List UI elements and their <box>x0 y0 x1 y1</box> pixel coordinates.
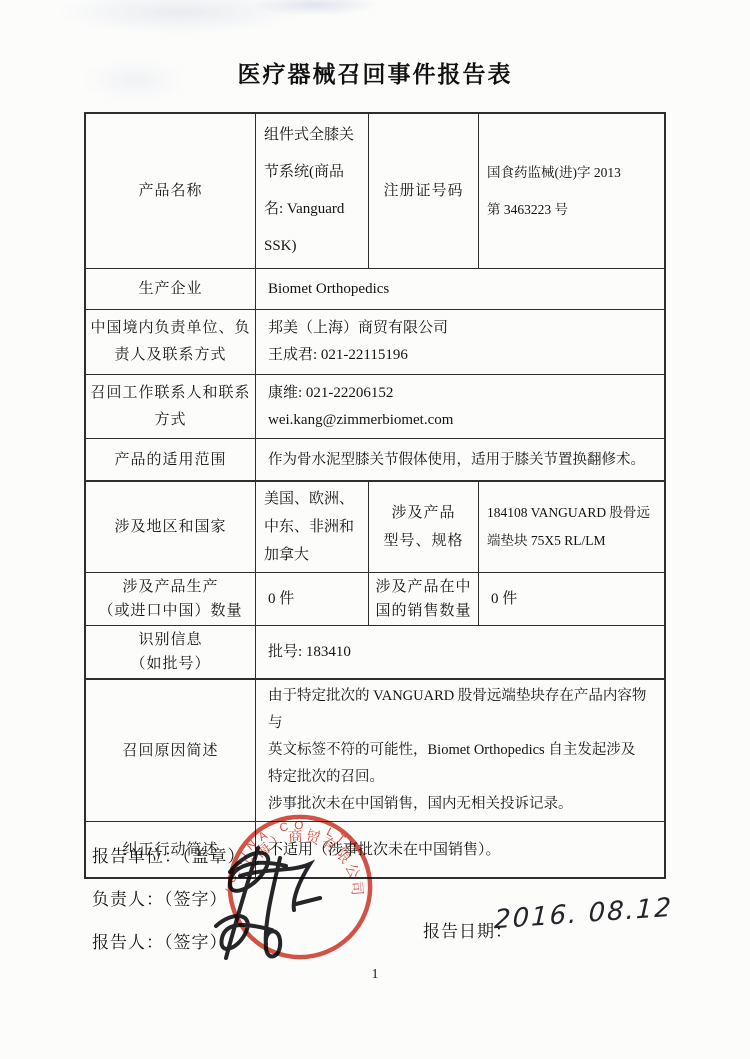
table-row-regions: 涉及地区和国家 美国、欧洲、 中东、非洲和 加拿大 涉及产品 型号、规格 184… <box>86 480 664 572</box>
model-spec-value: 184108 VANGUARD 股骨远 端垫块 75X5 RL/LM <box>478 482 664 572</box>
manufacturer-label: 生产企业 <box>86 269 255 309</box>
table-row-china-agent: 中国境内负责单位、负 责人及联系方式 邦美（上海）商贸有限公司 王成君: 021… <box>86 309 664 374</box>
production-quantity-label: 涉及产品生产 （或进口中国）数量 <box>86 573 255 625</box>
table-row-identification: 识别信息 （如批号） 批号: 183410 <box>86 625 664 678</box>
scan-smudge <box>55 0 305 35</box>
product-name-label: 产品名称 <box>86 114 255 268</box>
production-quantity-value: 0 件 <box>255 573 368 625</box>
scanned-report-page: 医疗器械召回事件报告表 产品名称 组件式全膝关 节系统(商品 名: Vangua… <box>0 0 750 1059</box>
recall-contact-label: 召回工作联系人和联系 方式 <box>86 375 255 438</box>
page-number: 1 <box>0 967 750 983</box>
manufacturer-value: Biomet Orthopedics <box>255 269 664 309</box>
product-name-value: 组件式全膝关 节系统(商品 名: Vanguard SSK) <box>255 114 368 268</box>
report-table: 产品名称 组件式全膝关 节系统(商品 名: Vanguard SSK) 注册证号… <box>84 112 666 879</box>
scan-smudge <box>250 0 380 16</box>
intended-use-label: 产品的适用范围 <box>86 439 255 480</box>
registration-number-value: 国食药监械(进)字 2013 第 3463223 号 <box>478 114 664 268</box>
page-title: 医疗器械召回事件报告表 <box>0 56 750 89</box>
china-agent-value: 邦美（上海）商贸有限公司 王成君: 021-22115196 <box>255 310 664 374</box>
identification-value: 批号: 183410 <box>255 626 664 678</box>
table-row-manufacturer: 生产企业 Biomet Orthopedics <box>86 268 664 309</box>
table-row-recall-contact: 召回工作联系人和联系 方式 康维: 021-22206152 wei.kang@… <box>86 374 664 438</box>
intended-use-value: 作为骨水泥型膝关节假体使用，适用于膝关节置换翻修术。 <box>255 439 664 480</box>
registration-number-label: 注册证号码 <box>368 114 478 268</box>
regions-label: 涉及地区和国家 <box>86 482 255 572</box>
recall-reason-label: 召回原因简述 <box>86 680 255 821</box>
table-row-recall-reason: 召回原因简述 由于特定批次的 VANGUARD 股骨远端垫块存在产品内容物与 英… <box>86 678 664 821</box>
china-agent-label: 中国境内负责单位、负 责人及联系方式 <box>86 310 255 374</box>
model-spec-label: 涉及产品 型号、规格 <box>368 482 478 572</box>
identification-label: 识别信息 （如批号） <box>86 626 255 678</box>
table-row-quantities: 涉及产品生产 （或进口中国）数量 0 件 涉及产品在中 国的销售数量 0 件 <box>86 572 664 625</box>
recall-contact-value: 康维: 021-22206152 wei.kang@zimmerbiomet.c… <box>255 375 664 438</box>
signature-scrawl <box>200 840 352 968</box>
handwritten-report-date: 2016. 08.12 <box>494 893 674 936</box>
recall-reason-value: 由于特定批次的 VANGUARD 股骨远端垫块存在产品内容物与 英文标签不符的可… <box>255 680 664 821</box>
china-sales-quantity-value: 0 件 <box>478 573 664 625</box>
regions-value: 美国、欧洲、 中东、非洲和 加拿大 <box>255 482 368 572</box>
table-row-intended-use: 产品的适用范围 作为骨水泥型膝关节假体使用，适用于膝关节置换翻修术。 <box>86 438 664 480</box>
china-sales-quantity-label: 涉及产品在中 国的销售数量 <box>368 573 478 625</box>
table-row-product-name: 产品名称 组件式全膝关 节系统(商品 名: Vanguard SSK) 注册证号… <box>86 114 664 268</box>
